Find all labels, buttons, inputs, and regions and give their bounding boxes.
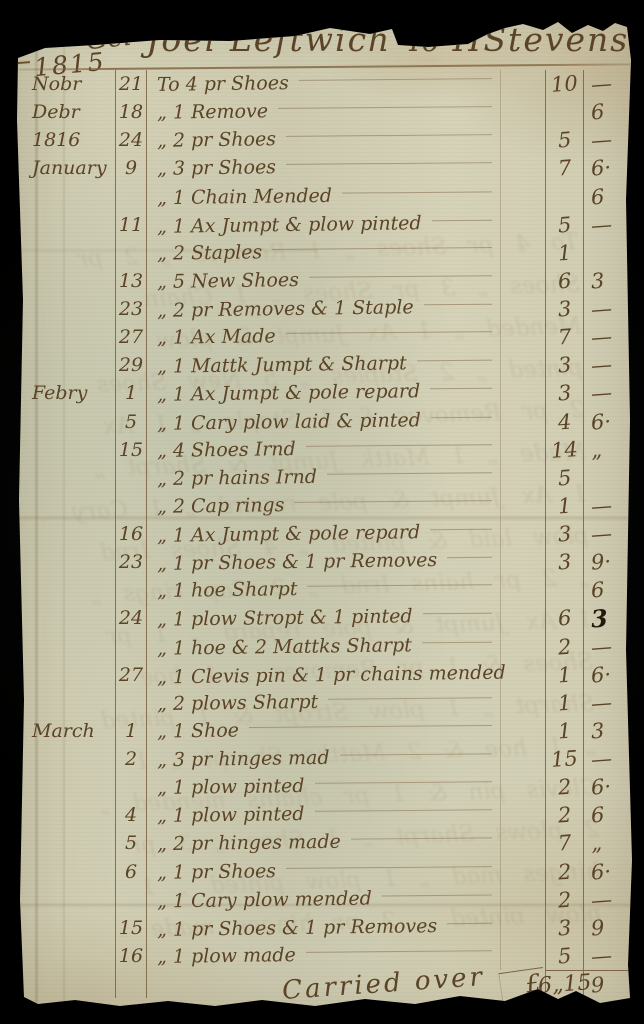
pence-cell: „ [583, 436, 628, 464]
item-cell: „ 2 pr Shoes [147, 126, 500, 154]
shillings-cell: 5 [545, 464, 583, 492]
leader-line [278, 106, 492, 109]
ledger-row: Febry 1 „ 1 Ax Jumpt & pole repard 3 — [20, 379, 628, 407]
ledger-row: 5 „ 2 pr hinges made 7 „ [20, 829, 628, 857]
day-cell [115, 970, 147, 998]
spare-column-cell [500, 267, 545, 295]
item-cell: „ 1 Ax Made [147, 323, 500, 351]
month-cell [20, 858, 115, 886]
day-cell: 16 [115, 942, 147, 970]
pence-cell: 9 [583, 914, 628, 942]
item-text: „ 3 pr Shoes [157, 157, 276, 181]
month-cell [20, 211, 115, 239]
ledger-row: 27 „ 1 Ax Made 7 — [20, 323, 628, 351]
leader-line [306, 950, 492, 953]
ledger-row: „ 1 hoe & 2 Mattks Sharpt 2 — [20, 633, 628, 661]
ledger-rows: Nobr 21 To 4 pr Shoes 10 — Debr 18 „ 1 R… [20, 70, 628, 998]
day-cell: 27 [115, 323, 147, 351]
spare-column-cell [500, 942, 545, 970]
ledger-row: „ 2 pr hains Irnd 5 [20, 464, 628, 492]
month-cell: January [20, 154, 115, 182]
pence-cell: 6· [583, 661, 628, 689]
month-cell [20, 323, 115, 351]
item-cell: „ 5 New Shoes [147, 267, 500, 295]
leader-line [417, 360, 492, 362]
item-text: „ 2 pr Removes & 1 Staple [157, 296, 414, 322]
day-cell [115, 886, 147, 914]
ledger-row: „ 1 plow pinted 2 6· [20, 773, 628, 801]
month-cell: Debr [20, 98, 115, 126]
month-cell [20, 745, 115, 773]
item-cell: „ 3 pr hinges mad [147, 745, 500, 773]
spare-column-cell [500, 633, 545, 661]
scan-background: To 4 pr Shoes „ 1 Remove „ 2 pr Shoes „ … [0, 0, 644, 1024]
item-text: „ 1 pr Shoes & 1 pr Removes [157, 549, 437, 575]
shillings-cell: 1 [545, 239, 583, 267]
ledger-row: „ 1 Cary plow mended 2 — [20, 886, 628, 914]
leader-line [328, 697, 492, 699]
leader-line [431, 416, 492, 418]
day-cell: 2 [115, 745, 147, 773]
ledger-row: 4 „ 1 plow pinted 2 6 [20, 801, 628, 829]
item-text: „ 1 Clevis pin & 1 pr chains mended [157, 661, 506, 688]
spare-column-cell [500, 520, 545, 548]
carried-over-row: Carried over £ 6„15 9 [20, 970, 628, 998]
leader-line [423, 613, 492, 615]
ledger-row: 2 „ 3 pr hinges mad 15 — [20, 745, 628, 773]
leader-line [307, 585, 492, 588]
ledger-row: 6 „ 1 pr Shoes 2 6· [20, 858, 628, 886]
ledger-row: „ 2 plows Sharpt 1 — [20, 689, 628, 717]
spare-column-cell [500, 745, 545, 773]
pence-cell: „ [583, 829, 628, 857]
day-cell: 18 [115, 98, 147, 126]
month-cell [20, 548, 115, 576]
leader-line [315, 810, 492, 813]
item-cell: „ 1 hoe & 2 Mattks Sharpt [147, 633, 500, 661]
month-cell [20, 295, 115, 323]
ledger-row: 16 „ 1 plow made 5 — [20, 942, 628, 970]
pence-cell: — [583, 492, 628, 520]
pence-cell: 6· [583, 773, 628, 801]
month-cell [20, 661, 115, 689]
leader-line [342, 191, 492, 193]
day-cell [115, 239, 147, 267]
item-text: „ 1 Shoe [157, 719, 239, 742]
day-cell: 1 [115, 717, 147, 745]
item-cell: „ 1 Shoe [147, 717, 500, 745]
item-text: „ 1 Ax Jumpt & pole repard [157, 521, 420, 547]
item-text: „ 1 Cary plow mended [157, 887, 372, 912]
item-cell: „ 2 pr hinges made [147, 829, 500, 857]
ledger-row: 24 „ 1 plow Stropt & 1 pinted 6 3 [20, 604, 628, 632]
pence-cell: — [583, 520, 628, 548]
day-cell [115, 689, 147, 717]
shillings-cell: 14 [545, 436, 583, 464]
item-text: „ 1 plow pinted [157, 775, 305, 799]
leader-line [447, 923, 492, 924]
spare-column-cell [500, 717, 545, 745]
month-cell [20, 689, 115, 717]
item-text: „ 1 pr Shoes & 1 pr Removes [157, 915, 437, 941]
item-text: „ 1 Ax Made [157, 325, 276, 349]
leader-line [249, 725, 492, 728]
shillings-cell: 2 [545, 801, 583, 829]
spare-column-cell [500, 323, 545, 351]
month-cell [20, 436, 115, 464]
pence-cell: 6 [583, 576, 628, 604]
spare-column-cell [500, 492, 545, 520]
item-text: „ 2 Staples [157, 241, 263, 264]
item-text: „ 2 pr hains Irnd [157, 466, 317, 490]
month-cell [20, 604, 115, 632]
month-cell [20, 801, 115, 829]
item-cell: „ 1 pr Shoes [147, 858, 500, 886]
leader-line [306, 444, 492, 447]
leader-line [340, 753, 492, 755]
month-cell: March [20, 717, 115, 745]
month-cell [20, 267, 115, 295]
shillings-cell: 7 [545, 829, 583, 857]
month-cell [20, 464, 115, 492]
spare-column-cell [500, 70, 545, 98]
shillings-cell: 3 [545, 351, 583, 379]
shillings-cell: 5 [545, 942, 583, 970]
pence-cell: 6 [583, 98, 628, 126]
item-cell: „ 1 Mattk Jumpt & Sharpt [147, 351, 500, 379]
ledger-row: 15 „ 4 Shoes Irnd 14 „ [20, 436, 628, 464]
spare-column-cell [500, 576, 545, 604]
item-cell: „ 1 plow pinted [147, 801, 500, 829]
day-cell [115, 183, 147, 211]
shillings-cell: 6 [545, 267, 583, 295]
spare-column-cell [500, 886, 545, 914]
spare-column-cell [500, 408, 545, 436]
title-connector: To [405, 25, 438, 58]
day-cell [115, 633, 147, 661]
item-cell: „ 2 Staples [147, 239, 500, 267]
pence-cell: — [583, 126, 628, 154]
shillings-cell: 2 [545, 886, 583, 914]
leader-line [294, 500, 492, 503]
day-cell: 13 [115, 267, 147, 295]
day-cell: 5 [115, 408, 147, 436]
ledger-row: 13 „ 5 New Shoes 6 3 [20, 267, 628, 295]
item-text: „ 1 Remove [157, 100, 268, 124]
item-cell: „ 2 plows Sharpt [147, 689, 500, 717]
day-cell: 21 [115, 70, 147, 98]
ledger-row: 29 „ 1 Mattk Jumpt & Sharpt 3 — [20, 351, 628, 379]
day-cell: 9 [115, 154, 147, 182]
item-cell: „ 1 Ax Jumpt & pole repard [147, 379, 500, 407]
ledger-row: Debr 18 „ 1 Remove 6 [20, 98, 628, 126]
shillings-cell: 3 [545, 548, 583, 576]
item-cell: „ 2 pr hains Irnd [147, 464, 500, 492]
leader-line [272, 247, 492, 250]
shillings-cell: 3 [545, 520, 583, 548]
ledger-row: 23 „ 2 pr Removes & 1 Staple 3 — [20, 295, 628, 323]
day-cell: 29 [115, 351, 147, 379]
pence-cell: — [583, 70, 628, 98]
spare-column-cell [500, 858, 545, 886]
ledger-paper: To 4 pr Shoes „ 1 Remove „ 2 pr Shoes „ … [0, 0, 644, 1024]
spare-column-cell [500, 126, 545, 154]
shillings-cell: 15 [545, 745, 583, 773]
shillings-cell: 3 [545, 295, 583, 323]
shillings-cell: 7 [545, 154, 583, 182]
day-cell: 15 [115, 436, 147, 464]
spare-column-cell [500, 773, 545, 801]
pence-cell: 9· [583, 548, 628, 576]
leader-line [382, 894, 492, 896]
shillings-cell: 6 [545, 604, 583, 632]
spare-column-cell [500, 351, 545, 379]
leader-line [286, 134, 492, 137]
pence-cell: — [583, 633, 628, 661]
item-text: „ 1 hoe Sharpt [157, 578, 298, 602]
leader-line [424, 304, 492, 306]
item-text: „ 3 pr hinges mad [157, 747, 330, 771]
spare-column-cell [500, 379, 545, 407]
leader-line [286, 163, 492, 166]
day-cell [115, 576, 147, 604]
month-cell [20, 829, 115, 857]
spare-column-cell [500, 548, 545, 576]
day-cell: 5 [115, 829, 147, 857]
day-cell: 24 [115, 126, 147, 154]
item-text: „ 1 plow Stropt & 1 pinted [157, 606, 413, 632]
month-cell [20, 351, 115, 379]
shillings-cell: 10 [545, 70, 583, 98]
month-cell [20, 576, 115, 604]
month-cell [20, 633, 115, 661]
shillings-cell: 5 [545, 126, 583, 154]
debtor-name: Joel Leftwich [146, 20, 391, 59]
item-text: „ 1 pr Shoes [157, 860, 276, 884]
spare-column-cell [500, 689, 545, 717]
day-cell: 11 [115, 211, 147, 239]
item-cell: „ 1 Ax Jumpt & pole repard [147, 520, 500, 548]
title-prefix: Gel [84, 21, 133, 57]
ledger-row: 5 „ 1 Cary plow laid & pinted 4 6· [20, 408, 628, 436]
item-cell: „ 1 pr Shoes & 1 pr Removes [147, 548, 500, 576]
shillings-cell: 2 [545, 773, 583, 801]
month-cell [20, 520, 115, 548]
spare-column-cell [500, 661, 545, 689]
month-cell: 1816 [20, 126, 115, 154]
pence-cell: — [583, 379, 628, 407]
shillings-cell: 1 [545, 492, 583, 520]
item-cell: „ 2 pr Removes & 1 Staple [147, 295, 500, 323]
item-cell: „ 1 Cary plow mended [147, 886, 500, 914]
spare-column-cell [500, 801, 545, 829]
day-cell: 6 [115, 858, 147, 886]
pence-cell: — [583, 351, 628, 379]
item-cell: „ 2 Cap rings [147, 492, 500, 520]
shillings-cell: 4 [545, 408, 583, 436]
ledger-row: 23 „ 1 pr Shoes & 1 pr Removes 3 9· [20, 548, 628, 576]
day-cell: 16 [115, 520, 147, 548]
spare-column-cell [500, 183, 545, 211]
item-cell: „ 1 plow pinted [147, 773, 500, 801]
month-cell [20, 492, 115, 520]
carried-over-cell: Carried over [147, 970, 500, 998]
ledger-row: 15 „ 1 pr Shoes & 1 pr Removes 3 9 [20, 914, 628, 942]
leader-line [286, 866, 492, 869]
shillings-cell: 1 [545, 661, 583, 689]
ledger-row: „ 1 hoe Sharpt 6 [20, 576, 628, 604]
item-text: „ 2 plows Sharpt [157, 691, 318, 715]
spare-column-cell [500, 211, 545, 239]
leader-line [430, 529, 492, 531]
day-cell: 23 [115, 548, 147, 576]
pence-cell: 6 [583, 183, 628, 211]
shillings-cell [545, 576, 583, 604]
pence-cell [583, 464, 628, 492]
ledger-row: 16 „ 1 Ax Jumpt & pole repard 3 — [20, 520, 628, 548]
item-cell: „ 3 pr Shoes [147, 154, 500, 182]
pence-cell: 3 [583, 717, 628, 745]
creditor-name: HStevens [453, 20, 630, 59]
pence-cell: — [583, 745, 628, 773]
item-text: „ 1 hoe & 2 Mattks Sharpt [157, 634, 412, 660]
leader-line [327, 472, 492, 474]
total-pounds-shillings: 6„15 [545, 970, 583, 998]
item-cell: „ 4 Shoes Irnd [147, 436, 500, 464]
leader-line [430, 388, 492, 390]
month-cell [20, 408, 115, 436]
shillings-cell [545, 183, 583, 211]
spare-column-cell [500, 295, 545, 323]
pence-cell: 6· [583, 408, 628, 436]
leader-line [432, 219, 492, 221]
shillings-cell: 1 [545, 689, 583, 717]
month-cell [20, 183, 115, 211]
spare-column-cell [500, 829, 545, 857]
shillings-cell: 2 [545, 858, 583, 886]
spare-column-cell [500, 436, 545, 464]
month-cell [20, 914, 115, 942]
day-cell: 24 [115, 604, 147, 632]
item-text: „ 4 Shoes Irnd [157, 438, 296, 462]
ledger-row: „ 1 Chain Mended 6 [20, 183, 628, 211]
leader-line [351, 838, 492, 840]
item-text: „ 1 plow pinted [157, 803, 305, 827]
month-cell [20, 239, 115, 267]
pence-cell [583, 239, 628, 267]
day-cell: 15 [115, 914, 147, 942]
item-cell: „ 1 Ax Jumpt & plow pinted [147, 211, 500, 239]
day-cell: 1 [115, 379, 147, 407]
shillings-cell: 3 [545, 914, 583, 942]
day-cell [115, 492, 147, 520]
item-cell: „ 1 pr Shoes & 1 pr Removes [147, 914, 500, 942]
item-cell: To 4 pr Shoes [147, 70, 500, 98]
ledger-row: „ 2 Cap rings 1 — [20, 492, 628, 520]
item-text: „ 1 plow made [157, 944, 296, 968]
item-text: „ 1 Chain Mended [157, 184, 332, 208]
month-cell [20, 886, 115, 914]
spare-column-cell [500, 98, 545, 126]
shillings-cell: 7 [545, 323, 583, 351]
pence-cell: 3 [583, 267, 628, 295]
shillings-cell: 2 [545, 633, 583, 661]
item-cell: „ 1 Remove [147, 98, 500, 126]
day-cell [115, 464, 147, 492]
spare-column-cell [500, 604, 545, 632]
item-text: „ 2 Cap rings [157, 494, 285, 518]
item-text: „ 1 Ax Jumpt & pole repard [157, 381, 420, 407]
leader-line [422, 641, 492, 643]
spare-column-cell [500, 154, 545, 182]
item-text: „ 2 pr Shoes [157, 128, 276, 152]
leader-line [447, 557, 492, 558]
shillings-cell [545, 98, 583, 126]
pence-cell: 6 [583, 801, 628, 829]
pence-cell: — [583, 886, 628, 914]
account-title: Gel Joel Leftwich To HStevens Dr [86, 20, 606, 59]
pence-cell: — [583, 323, 628, 351]
shillings-cell: 1 [545, 717, 583, 745]
margin-dash-mark [6, 61, 30, 65]
month-cell [20, 942, 115, 970]
item-text: „ 2 pr hinges made [157, 831, 341, 856]
item-text: „ 1 Mattk Jumpt & Sharpt [157, 353, 407, 378]
spare-column-cell [500, 464, 545, 492]
item-text: To 4 pr Shoes [157, 72, 289, 96]
shillings-cell: 5 [545, 211, 583, 239]
leader-line [286, 331, 492, 334]
spare-column-cell [500, 239, 545, 267]
month-cell: Nobr [20, 70, 115, 98]
ledger-row: „ 2 Staples 1 [20, 239, 628, 267]
item-cell: „ 1 plow Stropt & 1 pinted [147, 604, 500, 632]
month-cell: Febry [20, 379, 115, 407]
month-cell [20, 970, 115, 998]
item-cell: „ 1 Cary plow laid & pinted [147, 408, 500, 436]
ledger-row: Nobr 21 To 4 pr Shoes 10 — [20, 70, 628, 98]
ledger-row: March 1 „ 1 Shoe 1 3 [20, 717, 628, 745]
pence-cell: — [583, 689, 628, 717]
ledger-row: 1816 24 „ 2 pr Shoes 5 — [20, 126, 628, 154]
pence-cell: — [583, 942, 628, 970]
item-cell: „ 1 Clevis pin & 1 pr chains mended [147, 661, 500, 689]
item-text: „ 1 Ax Jumpt & plow pinted [157, 212, 422, 238]
leader-line [309, 275, 492, 278]
ledger-row: 11 „ 1 Ax Jumpt & plow pinted 5 — [20, 211, 628, 239]
leader-line [315, 781, 492, 784]
item-text: „ 5 New Shoes [157, 269, 299, 293]
pence-cell: 6· [583, 154, 628, 182]
day-cell: 4 [115, 801, 147, 829]
spare-column-cell [500, 914, 545, 942]
pence-cell: — [583, 211, 628, 239]
pence-cell: 3 [583, 604, 628, 632]
day-cell [115, 773, 147, 801]
shillings-cell: 3 [545, 379, 583, 407]
ledger-row: January 9 „ 3 pr Shoes 7 6· [20, 154, 628, 182]
pence-cell: 6· [583, 858, 628, 886]
item-cell: „ 1 Chain Mended [147, 183, 500, 211]
ledger-row: 27 „ 1 Clevis pin & 1 pr chains mended 1… [20, 661, 628, 689]
item-text: „ 1 Cary plow laid & pinted [157, 409, 421, 435]
item-cell: „ 1 hoe Sharpt [147, 576, 500, 604]
leader-line [299, 78, 492, 81]
day-cell: 27 [115, 661, 147, 689]
pence-cell: — [583, 295, 628, 323]
day-cell: 23 [115, 295, 147, 323]
month-cell [20, 773, 115, 801]
